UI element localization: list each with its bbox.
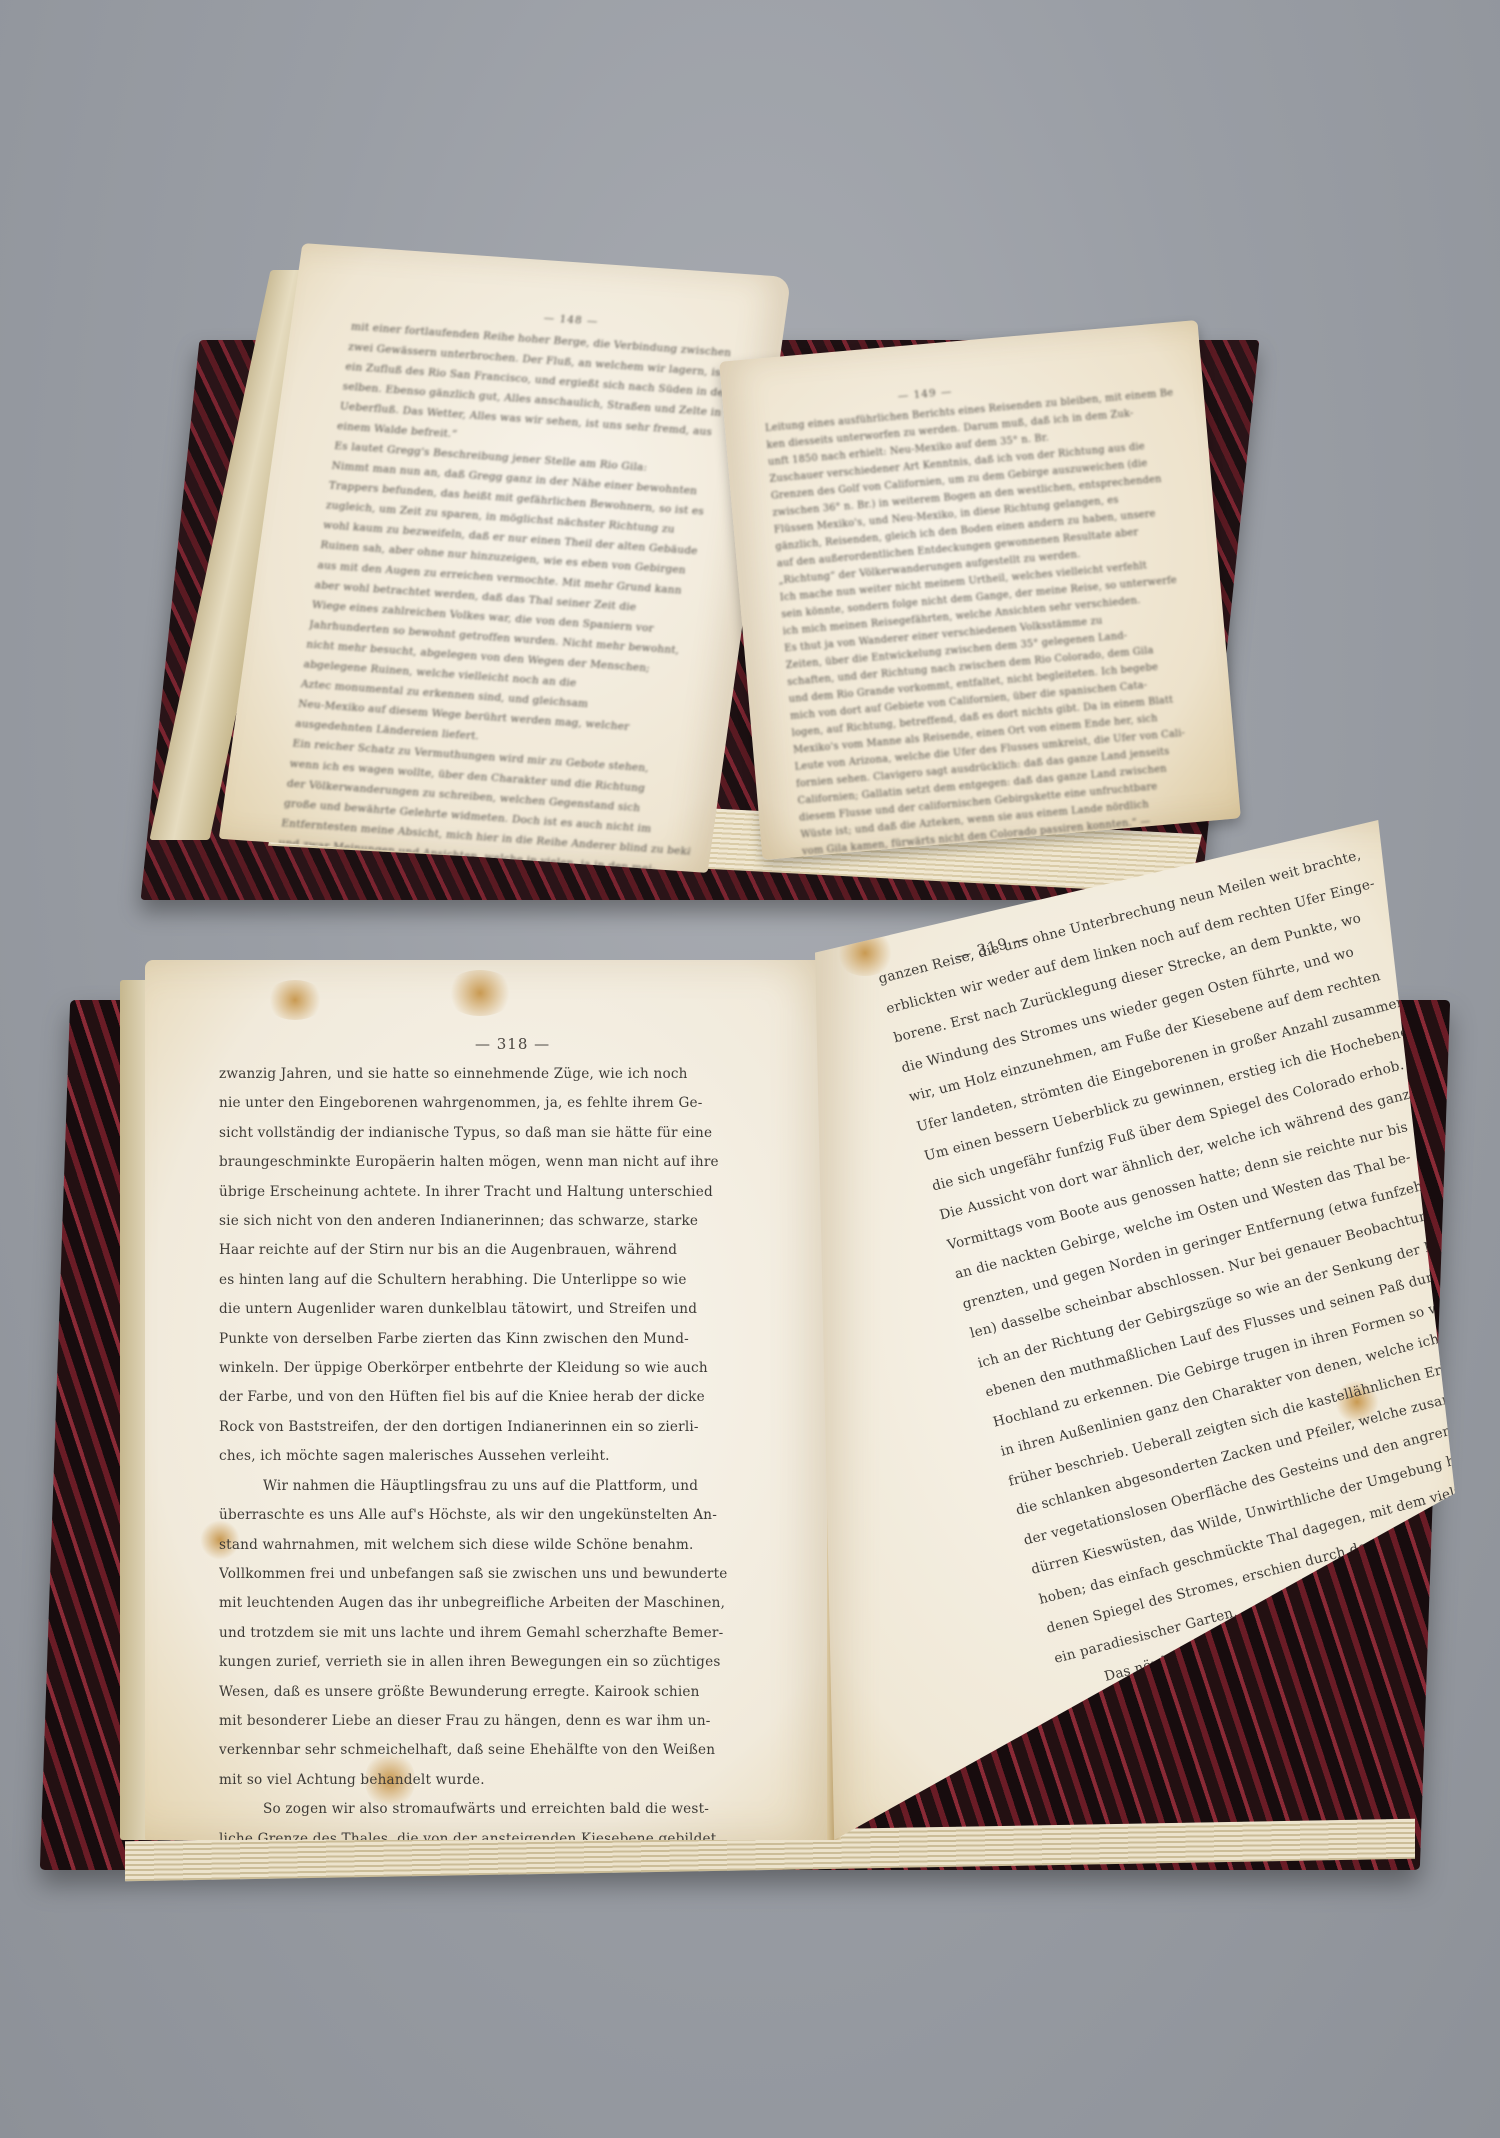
text-line: verkennbar sehr schmeichelhaft, daß sein… bbox=[219, 1736, 799, 1765]
page-number: — 149 — bbox=[897, 382, 953, 407]
text-line: braungeschminkte Europäerin halten mögen… bbox=[219, 1148, 799, 1177]
text-line: kungen zurief, verrieth sie in allen ihr… bbox=[219, 1648, 799, 1677]
text-line: zwanzig Jahren, und sie hatte so einnehm… bbox=[219, 1060, 799, 1089]
text-line: und trotzdem sie mit uns lachte und ihre… bbox=[219, 1619, 799, 1648]
text-line: Punkte von derselben Farbe zierten das K… bbox=[219, 1325, 799, 1354]
text-line: sicht vollständig der indianische Typus,… bbox=[219, 1119, 799, 1148]
text-line: mit besonderer Liebe an dieser Frau zu h… bbox=[219, 1707, 799, 1736]
text-line: Wir nahmen die Häuptlingsfrau zu uns auf… bbox=[219, 1472, 799, 1501]
text-line: nie unter den Eingeborenen wahrgenommen,… bbox=[219, 1089, 799, 1118]
text-line: die untern Augenlider waren dunkelblau t… bbox=[219, 1295, 799, 1324]
text-line: mit leuchtenden Augen das ihr unbegreifl… bbox=[219, 1589, 799, 1618]
text-line: der Farbe, und von den Hüften fiel bis a… bbox=[219, 1383, 799, 1412]
text-line: winkeln. Der üppige Oberkörper entbehrte… bbox=[219, 1354, 799, 1383]
page-number: — 318 — bbox=[475, 1035, 550, 1053]
photo-scene: — 148 — mit einer fortlaufenden Reihe ho… bbox=[0, 0, 1500, 2138]
page-body-text: zwanzig Jahren, und sie hatte so einnehm… bbox=[219, 1060, 799, 1840]
lower-book-left-page: — 318 — zwanzig Jahren, und sie hatte so… bbox=[145, 960, 835, 1840]
text-line: sie sich nicht von den anderen Indianeri… bbox=[219, 1207, 799, 1236]
foxing-stain bbox=[265, 980, 325, 1020]
upper-book-left-page: — 148 — mit einer fortlaufenden Reihe ho… bbox=[219, 243, 792, 873]
text-line: liche Grenze des Thales, die von der ans… bbox=[219, 1825, 799, 1840]
text-line: übrige Erscheinung achtete. In ihrer Tra… bbox=[219, 1178, 799, 1207]
text-line: stand wahrnahmen, mit welchem sich diese… bbox=[219, 1531, 799, 1560]
page-body-text: Leitung eines ausführlichen Berichts ein… bbox=[764, 384, 1212, 860]
page-number: — 148 — bbox=[542, 308, 599, 332]
text-line: überraschte es uns Alle auf's Höchste, a… bbox=[219, 1501, 799, 1530]
lower-open-book: — 318 — zwanzig Jahren, und sie hatte so… bbox=[45, 820, 1445, 1880]
text-line: Vollkommen frei und unbefangen saß sie z… bbox=[219, 1560, 799, 1589]
foxing-stain bbox=[445, 970, 515, 1016]
text-line: Rock von Baststreifen, der den dortigen … bbox=[219, 1413, 799, 1442]
page-body-text: mit einer fortlaufenden Reihe hoher Berg… bbox=[269, 317, 762, 873]
text-line: So zogen wir also stromaufwärts und erre… bbox=[219, 1795, 799, 1824]
upper-book-right-page: — 149 — Leitung eines ausführlichen Beri… bbox=[719, 320, 1241, 860]
text-line: Wesen, daß es unsere größte Bewunderung … bbox=[219, 1678, 799, 1707]
text-line: ches, ich möchte sagen malerisches Ausse… bbox=[219, 1442, 799, 1471]
text-line: mit so viel Achtung behandelt wurde. bbox=[219, 1766, 799, 1795]
text-line: es hinten lang auf die Schultern herabhi… bbox=[219, 1266, 799, 1295]
text-line: Haar reichte auf der Stirn nur bis an di… bbox=[219, 1236, 799, 1265]
